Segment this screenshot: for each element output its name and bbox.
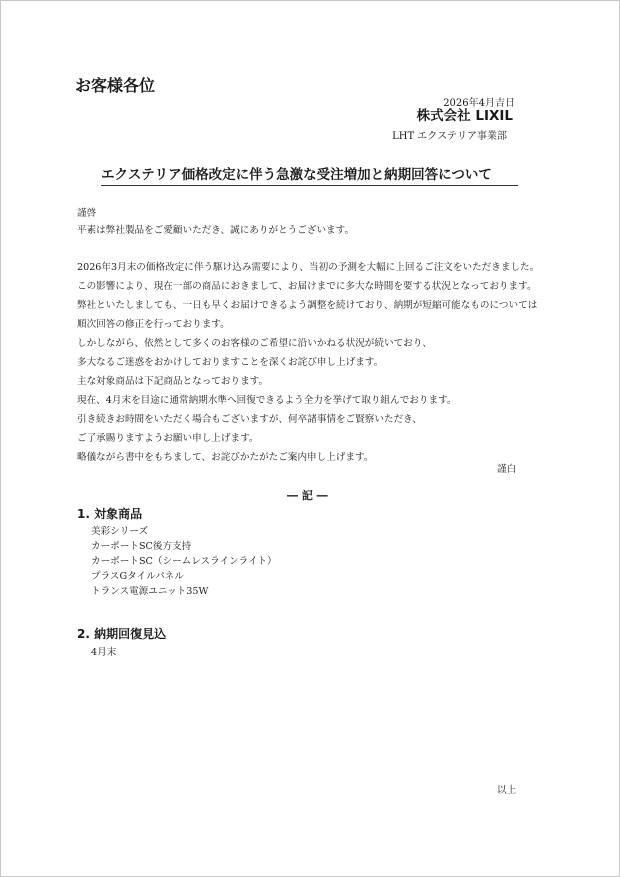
body-line: 主な対象商品は下記商品となっております。: [77, 372, 539, 391]
addressee: お客様各位: [75, 73, 155, 96]
product-item: 美彩シリーズ: [91, 524, 277, 539]
product-item: トランス電源ユニット35W: [91, 584, 277, 599]
end-mark: 以上: [497, 782, 516, 796]
body-line: 弊社といたしましても、一日も早くお届けできるよう調整を続けており、納期が短縮可能…: [77, 296, 539, 315]
body-line: 多大なるご迷惑をおかけしておりますことを深くお詫び申し上げます。: [77, 353, 539, 372]
letter-page: お客様各位 2026年4月吉日 株式会社 LIXIL LHT エクステリア事業部…: [0, 0, 620, 877]
body-line: 引き続きお時間をいただく場合もございますが、何卒諸事情をご賢察いただき、: [77, 410, 539, 429]
greeting-line: 平素は弊社製品をご愛顧いただき、誠にありがとうございます。: [77, 221, 354, 240]
closing-word: 謹白: [497, 461, 516, 475]
department-name: LHT エクステリア事業部: [392, 127, 507, 142]
body-line: ご了承賜りますようお願い申し上げます。: [77, 429, 539, 448]
recovery-estimate: 4月末: [91, 644, 116, 658]
body-line: 順次回答の修正を行っております。: [77, 315, 539, 334]
section-target-products-heading: 1. 対象商品: [77, 505, 142, 522]
product-item: プラスGタイルパネル: [91, 569, 277, 584]
body-line: 2026年3月末の価格改定に伴う駆け込み需要により、当初の予測を大幅に上回るご注…: [77, 258, 539, 277]
letter-title: エクステリア価格改定に伴う急激な受注増加と納期回答について: [101, 163, 518, 186]
body-line: しかしながら、依然として多くのお客様のご希望に沿いかねる状況が続いており、: [77, 334, 539, 353]
target-products-list: 美彩シリーズ カーポートSC後方支持 カーポートSC（シームレスラインライト） …: [91, 524, 277, 599]
company-name: 株式会社 LIXIL: [417, 104, 513, 124]
ki-marker: ― 記 ―: [287, 487, 328, 503]
product-item: カーポートSC後方支持: [91, 539, 277, 554]
letter-body: 2026年3月末の価格改定に伴う駆け込み需要により、当初の予測を大幅に上回るご注…: [77, 258, 539, 467]
body-line: 略儀ながら書中をもちまして、お詫びかたがたご案内申し上げます。: [77, 448, 539, 467]
body-line: この影響により、現在一部の商品におきまして、お届けまでに多大な時間を要する状況と…: [77, 277, 539, 296]
body-line: 現在、4月末を目途に通常納期水準へ回復できるよう全力を挙げて取り組んでおります。: [77, 391, 539, 410]
section-recovery-heading: 2. 納期回復見込: [77, 625, 166, 642]
product-item: カーポートSC（シームレスラインライト）: [91, 554, 277, 569]
